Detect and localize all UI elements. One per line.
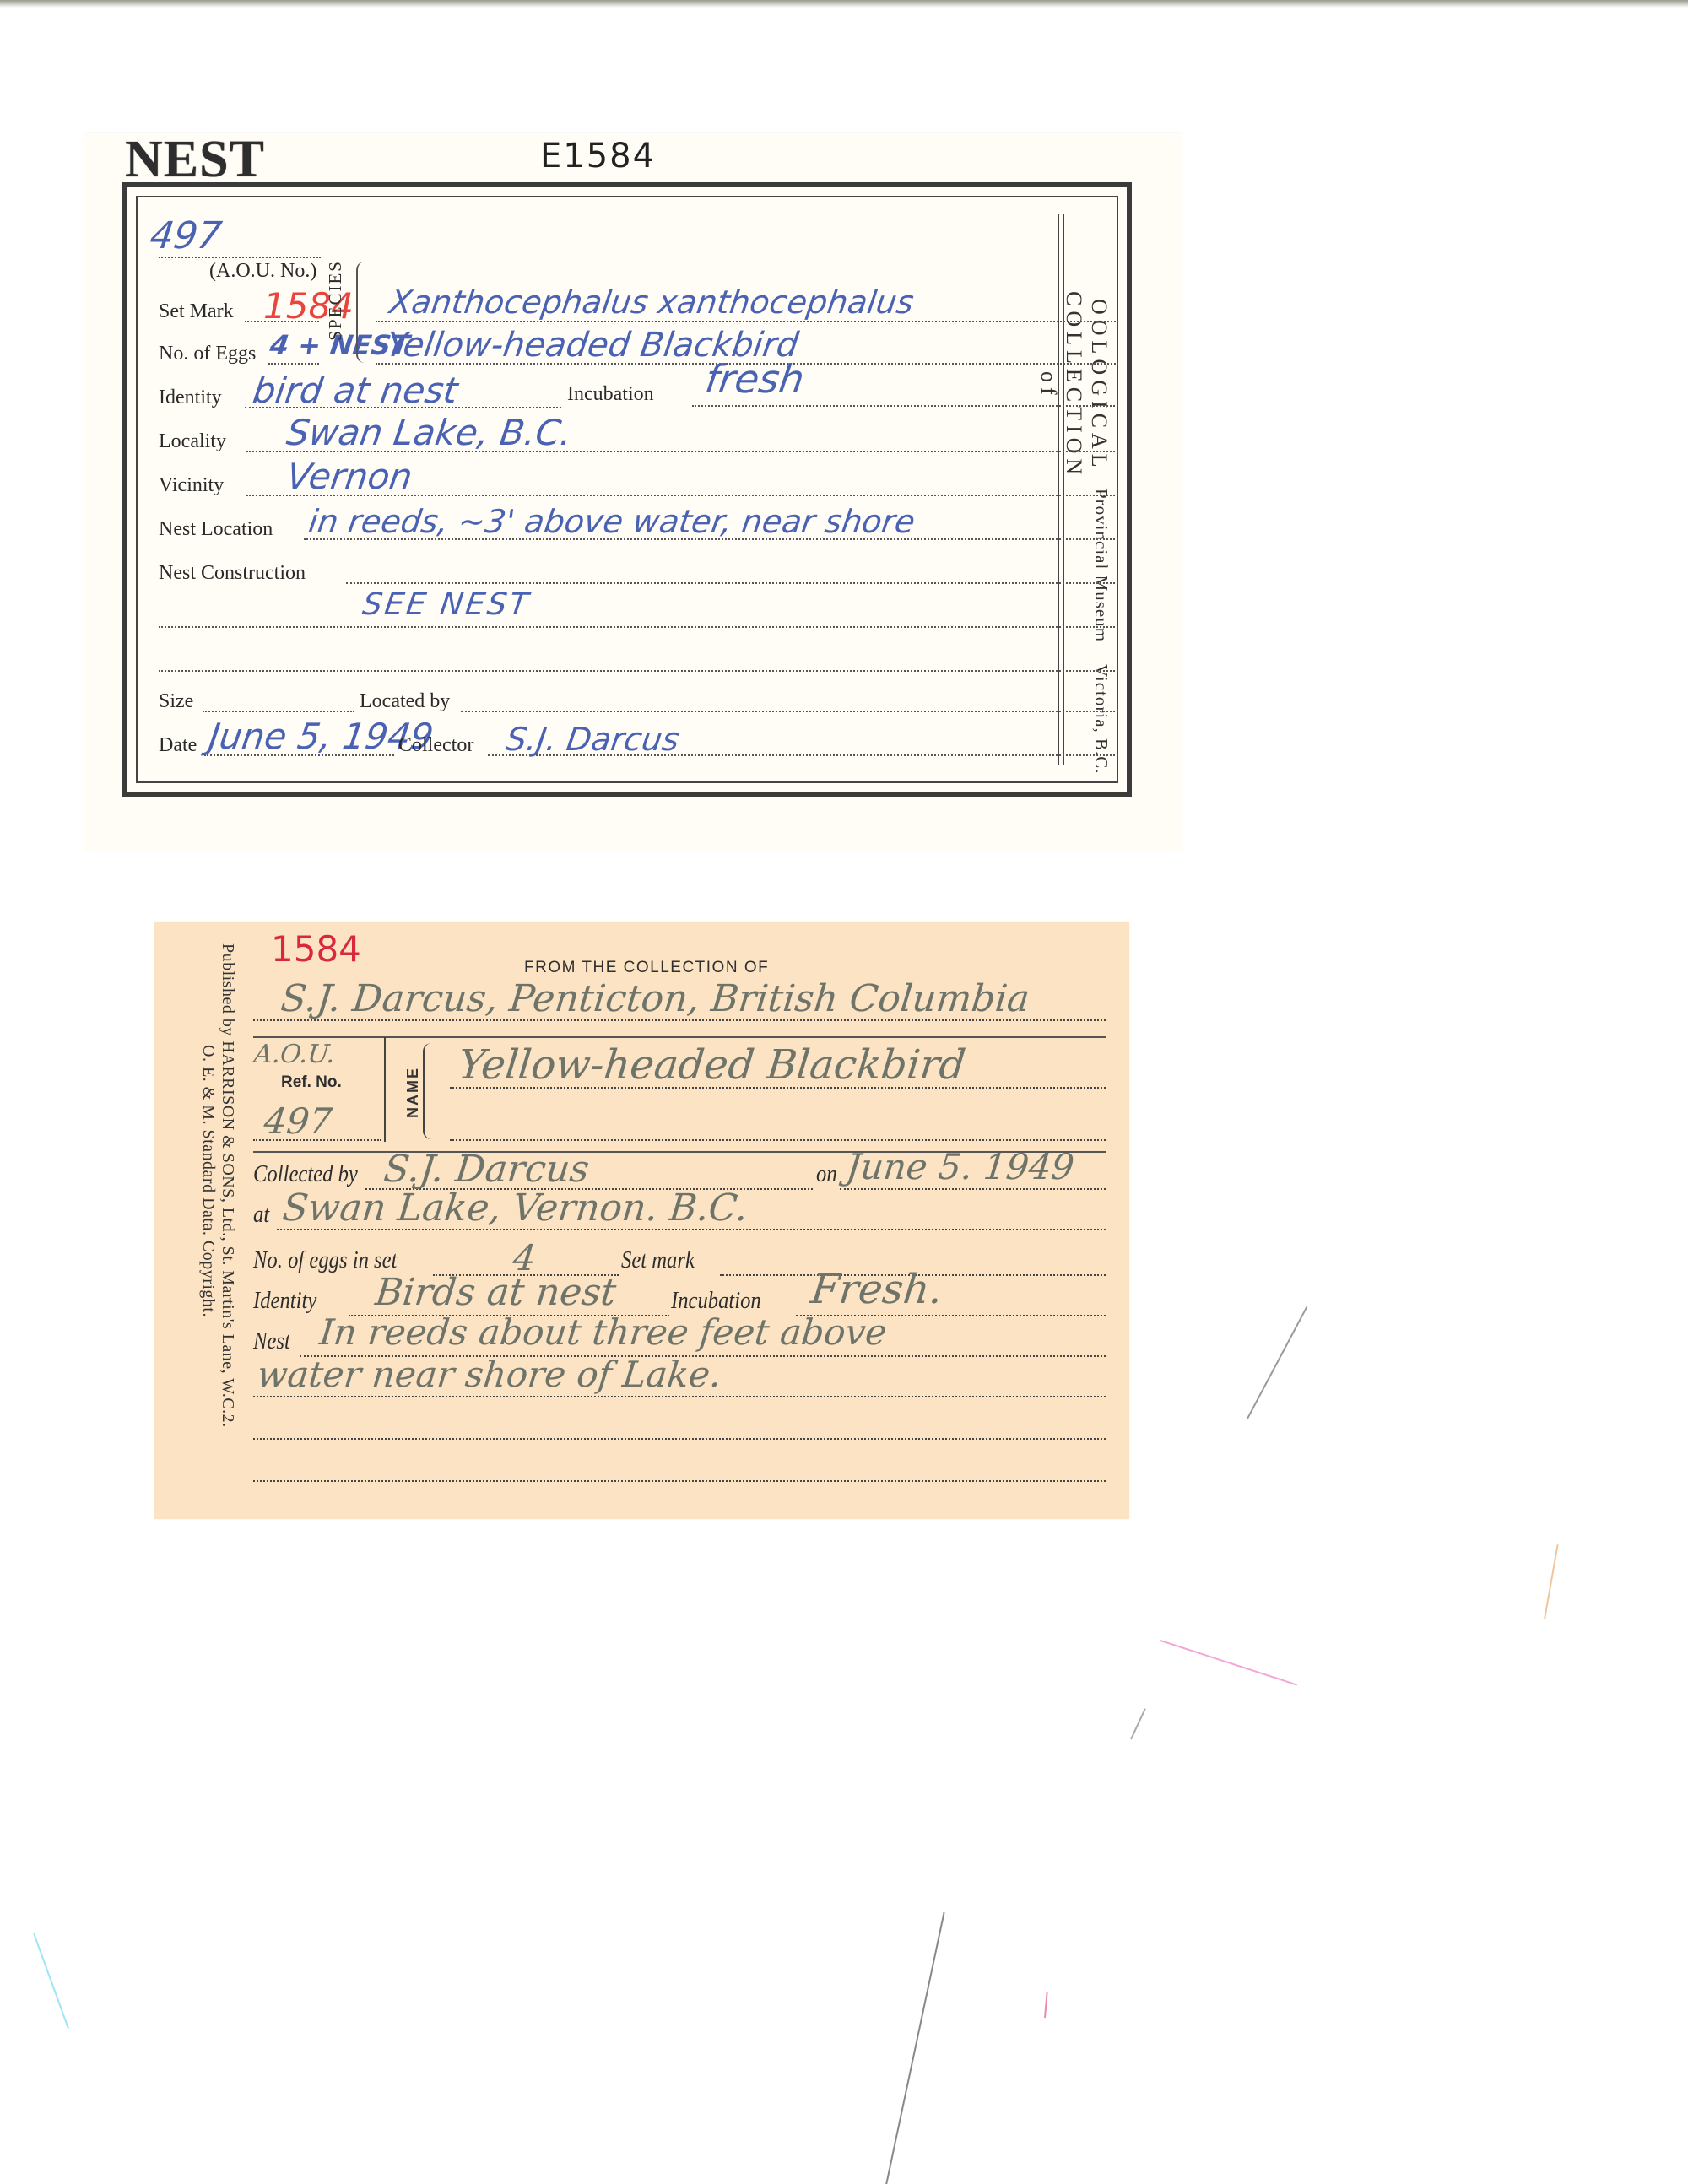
nest-value-line-1: In reeds about three feet above bbox=[317, 1311, 889, 1353]
locality-value: Swan Lake, B.C. bbox=[284, 412, 575, 453]
incubation-label: Incubation bbox=[567, 383, 654, 406]
species-brace bbox=[356, 262, 366, 363]
species-scientific: Xanthocephalus xanthocephalus bbox=[387, 284, 916, 321]
nest-location-value: in reeds, ~3' above water, near shore bbox=[306, 503, 917, 540]
species-line-1 bbox=[376, 321, 1118, 322]
side-subtitle: Provincial Museum Victoria, B.C. bbox=[1061, 489, 1112, 775]
set-mark-label-2: Set mark bbox=[621, 1247, 695, 1274]
vicinity-label: Vicinity bbox=[159, 474, 224, 497]
identity-label-2: Identity bbox=[253, 1288, 316, 1315]
ref-prefix: A.O.U. bbox=[252, 1040, 336, 1069]
on-value: June 5. 1949 bbox=[844, 1146, 1076, 1187]
copyright-line: O. E. & M. Standard Data. Copyright. bbox=[198, 943, 218, 1492]
collection-owner: S.J. Darcus, Penticton, British Columbia bbox=[279, 977, 1031, 1020]
identity-value: bird at nest bbox=[251, 370, 461, 411]
side-title: OOLOGICAL COLLECTION of bbox=[1061, 206, 1112, 489]
collector-value: S.J. Darcus bbox=[504, 721, 682, 758]
name-brace bbox=[423, 1043, 433, 1139]
eggs-label: No. of Eggs bbox=[159, 343, 256, 365]
set-mark-red: 1584 bbox=[271, 928, 361, 970]
card-header-nest: NEST bbox=[125, 130, 265, 190]
collected-by-label: Collected by bbox=[253, 1161, 358, 1188]
vicinity-value: Vernon bbox=[284, 456, 415, 497]
incubation-value: fresh bbox=[702, 356, 807, 402]
name-label: NAME bbox=[404, 1067, 422, 1118]
located-by-label: Located by bbox=[360, 690, 450, 713]
scan-artifact bbox=[33, 1933, 69, 2029]
publisher-imprint: Published by HARRISON & SONS, Ltd., St. … bbox=[198, 943, 237, 1492]
scan-artifact bbox=[1247, 1306, 1307, 1419]
nest-construction-value: SEE NEST bbox=[360, 587, 533, 622]
blank-line bbox=[159, 670, 1118, 672]
collection-data-card: Published by HARRISON & SONS, Ltd., St. … bbox=[154, 922, 1129, 1519]
nest-location-label: Nest Location bbox=[159, 518, 273, 541]
scanner-edge bbox=[0, 0, 1688, 8]
on-label: on bbox=[816, 1161, 837, 1188]
nest-construction-line bbox=[346, 582, 1118, 584]
locality-label: Locality bbox=[159, 430, 226, 453]
eggs-in-set-label: No. of eggs in set bbox=[253, 1247, 397, 1274]
nest-construction-line-2 bbox=[159, 626, 1118, 628]
aou-line bbox=[159, 257, 321, 258]
species-label: SPECIES bbox=[325, 260, 346, 341]
incubation-line bbox=[692, 405, 1118, 407]
catalog-number: E1584 bbox=[540, 137, 656, 176]
nest-line-2 bbox=[253, 1396, 1106, 1397]
on-line bbox=[840, 1188, 1106, 1190]
blank-line-1 bbox=[253, 1438, 1106, 1440]
collector-label: Collector bbox=[398, 734, 473, 757]
nest-label: Nest bbox=[253, 1328, 290, 1355]
blank-line-2 bbox=[253, 1480, 1106, 1482]
nest-construction-label: Nest Construction bbox=[159, 562, 306, 585]
publisher-line: Published by HARRISON & SONS, Ltd., St. … bbox=[218, 943, 237, 1492]
side-subtitle-bottom: Victoria, B.C. bbox=[1061, 664, 1112, 775]
nest-value-line-2: water near shore of Lake. bbox=[255, 1354, 723, 1395]
aou-number: 497 bbox=[147, 214, 224, 257]
at-label: at bbox=[253, 1202, 269, 1229]
size-label: Size bbox=[159, 690, 193, 713]
incubation-value-2: Fresh. bbox=[809, 1266, 944, 1313]
side-subtitle-top: Provincial Museum bbox=[1061, 489, 1112, 642]
size-line bbox=[203, 711, 354, 712]
scan-artifact bbox=[885, 1912, 945, 2184]
collection-header: FROM THE COLLECTION OF bbox=[524, 959, 769, 977]
ref-no-value: 497 bbox=[262, 1100, 333, 1142]
rule-top bbox=[253, 1036, 1106, 1038]
identity-value-2: Birds at nest bbox=[373, 1271, 618, 1314]
date-label: Date bbox=[159, 734, 197, 757]
at-value: Swan Lake, Vernon. B.C. bbox=[280, 1187, 749, 1230]
name-line-2 bbox=[450, 1139, 1106, 1141]
set-mark-label: Set Mark bbox=[159, 300, 234, 323]
ref-divider bbox=[384, 1037, 386, 1142]
nest-record-card: NEST E1584 OOLOGICAL COLLECTION of Provi… bbox=[84, 133, 1182, 851]
side-imprint: OOLOGICAL COLLECTION of Provincial Museu… bbox=[1061, 206, 1112, 775]
scan-artifact bbox=[1160, 1640, 1297, 1685]
owner-line bbox=[253, 1019, 1106, 1021]
eggs-line bbox=[268, 363, 319, 365]
ref-line bbox=[253, 1139, 381, 1141]
scan-artifact bbox=[1044, 1992, 1048, 2018]
name-value: Yellow-headed Blackbird bbox=[456, 1041, 968, 1089]
scan-artifact bbox=[1130, 1708, 1146, 1739]
ref-no-label: Ref. No. bbox=[281, 1073, 342, 1092]
scan-artifact bbox=[1544, 1544, 1559, 1619]
identity-label: Identity bbox=[159, 387, 222, 409]
located-by-line bbox=[461, 711, 1118, 712]
aou-label: (A.O.U. No.) bbox=[209, 260, 316, 283]
collected-by-value: S.J. Darcus bbox=[381, 1148, 591, 1191]
